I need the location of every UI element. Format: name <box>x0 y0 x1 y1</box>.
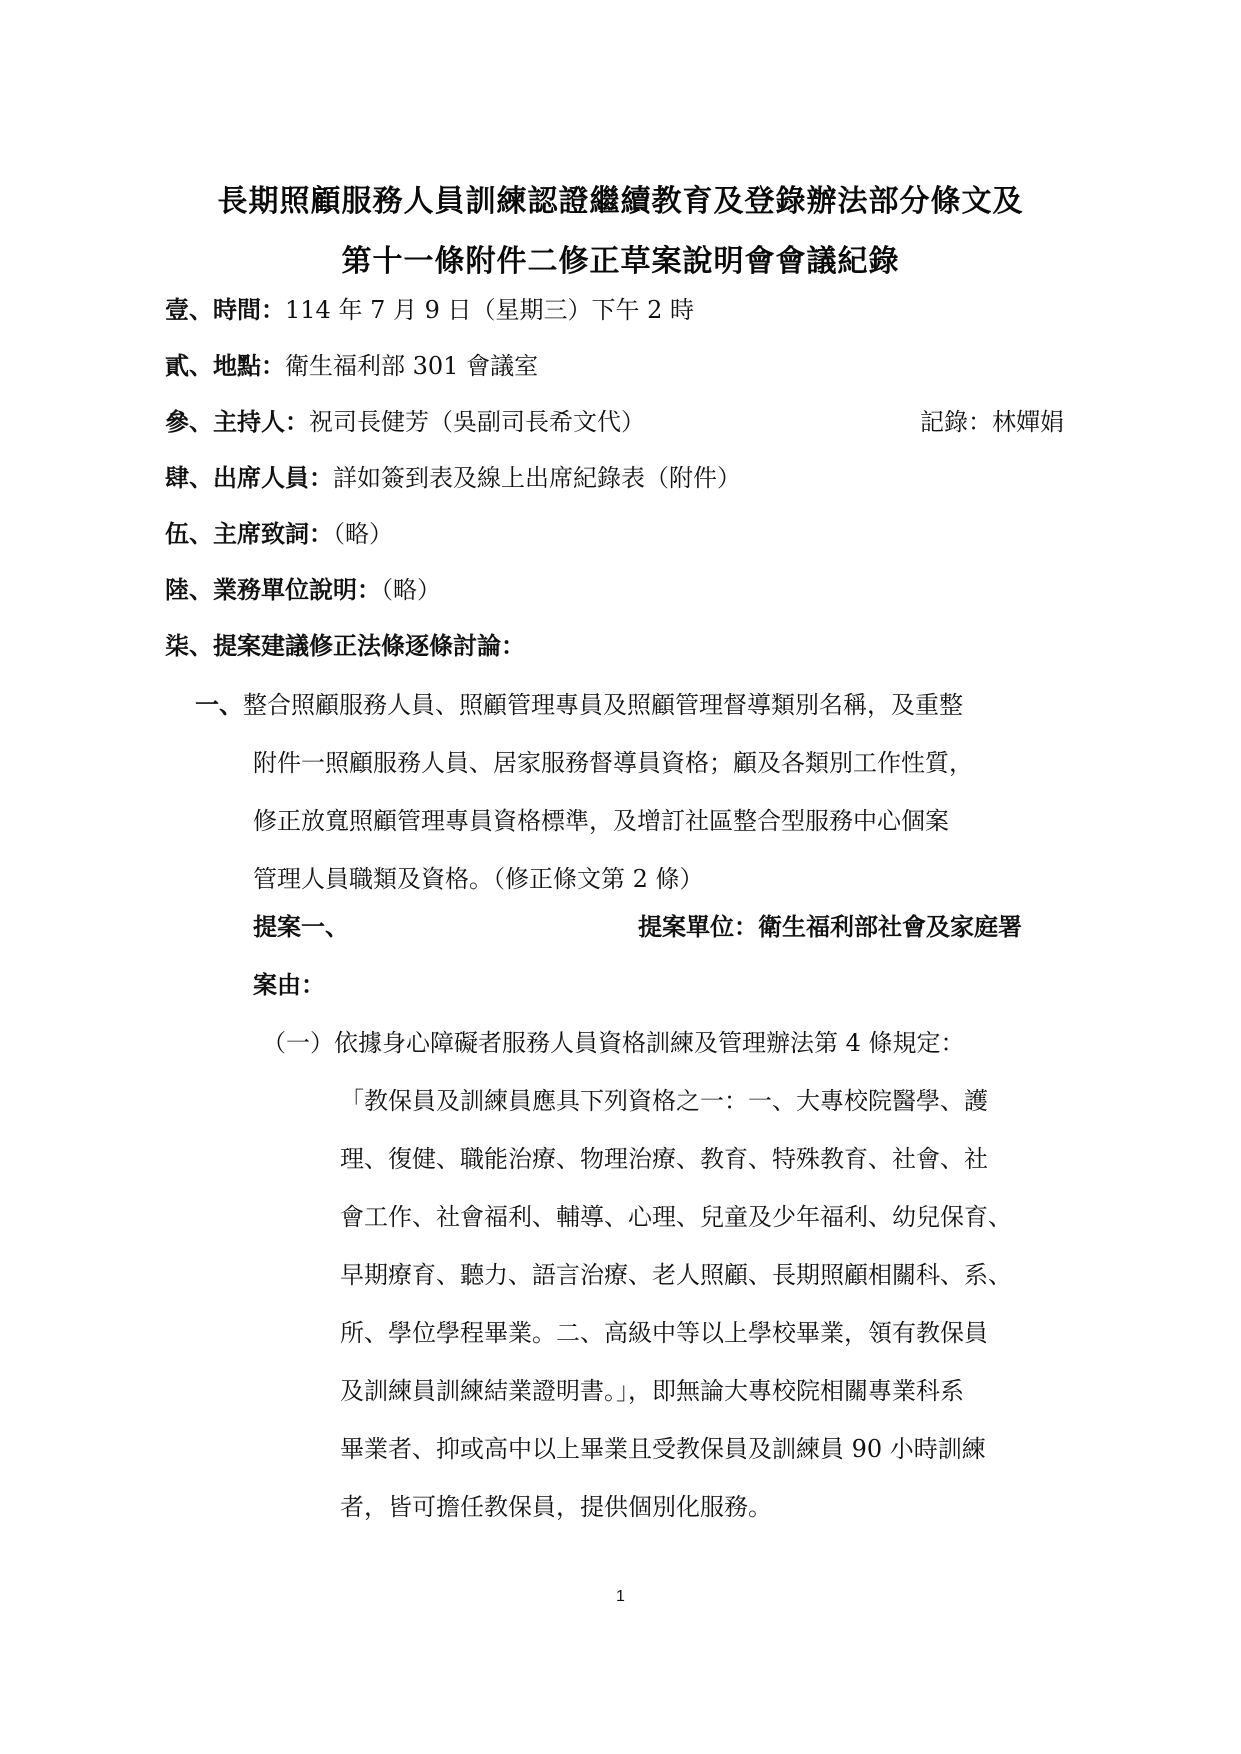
item-line: 管理人員職類及資格。（修正條文第 2 條） <box>253 862 704 896</box>
sub-item-line: 依據身心障礙者服務人員資格訓練及管理辦法第 4 條規定： <box>334 1029 965 1057</box>
section-attendees: 肆、出席人員：詳如簽到表及線上出席紀錄表（附件） <box>165 461 741 495</box>
section-value: （略） <box>333 520 393 548</box>
section-label: 貳、地點： <box>165 352 285 380</box>
item-line: 整合照顧服務人員、照顧管理專員及照顧管理督導類別名稱，及重整 <box>243 691 963 719</box>
sub-item-line: 及訓練員訓練結業證明書。」，即無論大專校院相關專業科系 <box>340 1374 964 1408</box>
section-label: 肆、出席人員： <box>165 464 333 492</box>
proposal-unit: 提案單位：衛生福利部社會及家庭署 <box>638 910 1022 944</box>
section-label: 參、主持人： <box>165 408 309 436</box>
section-label: 伍、主席致詞： <box>165 520 333 548</box>
proposal-label: 提案一、 <box>253 910 349 944</box>
sub-item-line: 「教保員及訓練員應具下列資格之一：一、大專校院醫學、護 <box>340 1084 988 1118</box>
document-title-line-2: 第十一條附件二修正草案說明會會議紀錄 <box>0 236 1241 280</box>
section-label: 柒、提案建議修正法條逐條討論： <box>165 632 525 660</box>
section-label: 壹、時間： <box>165 296 285 324</box>
sub-item-line: 理、復健、職能治療、物理治療、教育、特殊教育、社會、社 <box>340 1142 988 1176</box>
section-chair-speech: 伍、主席致詞：（略） <box>165 517 393 551</box>
section-unit-explanation: 陸、業務單位說明：（略） <box>165 573 441 607</box>
sub-item-one: （一）依據身心障礙者服務人員資格訓練及管理辦法第 4 條規定： <box>262 1026 965 1060</box>
sub-item-line: 所、學位學程畢業。二、高級中等以上學校畢業，領有教保員 <box>340 1316 988 1350</box>
section-value: 衛生福利部 301 會議室 <box>285 352 538 380</box>
sub-item-line: 畢業者、抑或高中以上畢業且受教保員及訓練員 90 小時訓練 <box>340 1432 986 1466</box>
sub-item-line: 早期療育、聽力、語言治療、老人照顧、長期照顧相關科、系、 <box>340 1258 1012 1292</box>
sub-item-line: 會工作、社會福利、輔導、心理、兒童及少年福利、幼兒保育、 <box>340 1200 1012 1234</box>
section-chair: 參、主持人：祝司長健芳（吳副司長希文代） <box>165 405 645 439</box>
page-number: 1 <box>0 1588 1241 1606</box>
item-line: 修正放寬照顧管理專員資格標準，及增訂社區整合型服務中心個案 <box>253 804 949 838</box>
section-label: 陸、業務單位說明： <box>165 576 381 604</box>
item-one: 一、整合照顧服務人員、照顧管理專員及照顧管理督導類別名稱，及重整 <box>195 688 963 722</box>
section-location: 貳、地點：衛生福利部 301 會議室 <box>165 349 538 383</box>
section-time: 壹、時間：114 年 7 月 9 日（星期三）下午 2 時 <box>165 293 694 327</box>
section-discussion: 柒、提案建議修正法條逐條討論： <box>165 629 525 663</box>
reason-label: 案由： <box>253 968 325 1002</box>
sub-item-line: 者，皆可擔任教保員，提供個別化服務。 <box>340 1490 772 1524</box>
sub-item-number: （一） <box>262 1029 334 1057</box>
document-page: 長期照顧服務人員訓練認證繼續教育及登錄辦法部分條文及 第十一條附件二修正草案說明… <box>0 0 1241 1754</box>
document-title-line-1: 長期照顧服務人員訓練認證繼續教育及登錄辦法部分條文及 <box>0 176 1241 220</box>
item-line: 附件一照顧服務人員、居家服務督導員資格；顧及各類別工作性質， <box>253 746 973 780</box>
section-value: 114 年 7 月 9 日（星期三）下午 2 時 <box>285 296 694 324</box>
section-value: 祝司長健芳（吳副司長希文代） <box>309 408 645 436</box>
recorder: 記錄：林嬋娟 <box>920 405 1064 439</box>
section-value: （略） <box>381 576 441 604</box>
item-number: 一、 <box>195 691 243 719</box>
section-value: 詳如簽到表及線上出席紀錄表（附件） <box>333 464 741 492</box>
